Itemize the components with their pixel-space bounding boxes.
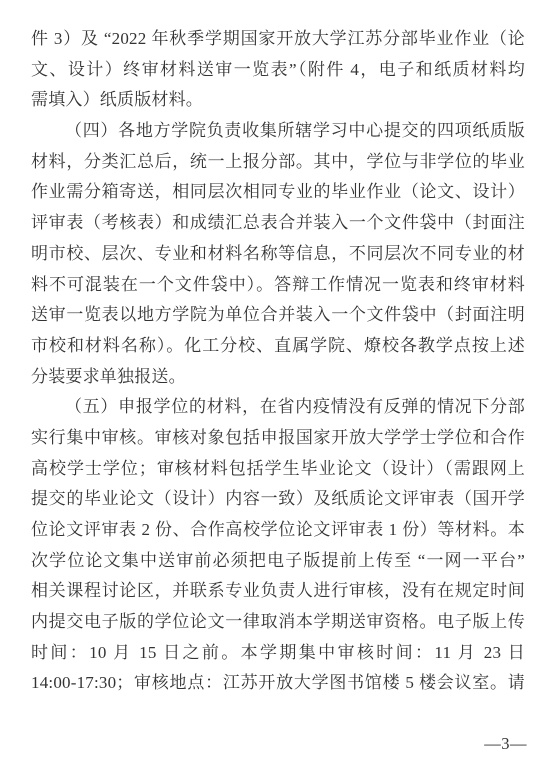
- text-line: 明市校、层次、专业和材料名称等信息，不同层次不同专业的材: [31, 239, 525, 270]
- text-line: 文、设计）终审材料送审一览表”（附件 4，电子和纸质材料均: [31, 55, 525, 86]
- text-line: 材料，分类汇总后，统一上报分部。其中，学位与非学位的毕业: [31, 147, 525, 178]
- text-line: 分装要求单独报送。: [31, 362, 525, 393]
- text-line-item-four-start: （四）各地方学院负责收集所辖学习中心提交的四项纸质版: [31, 116, 525, 147]
- page-number: —3—: [484, 734, 527, 754]
- text-line: 相关课程讨论区，并联系专业负责人进行审核，没有在规定时间: [31, 576, 525, 607]
- text-line: 作业需分箱寄送，相同层次相同专业的毕业作业（论文、设计）: [31, 177, 525, 208]
- text-line: 送审一览表以地方学院为单位合并装入一个文件袋中（封面注明: [31, 300, 525, 331]
- document-body: 件 3）及 “2022 年秋季学期国家开放大学江苏分部毕业作业（论 文、设计）终…: [31, 24, 525, 699]
- text-line: 内提交电子版的学位论文一律取消本学期送审资格。电子版上传: [31, 607, 525, 638]
- text-line: 件 3）及 “2022 年秋季学期国家开放大学江苏分部毕业作业（论: [31, 24, 525, 55]
- text-line: 位论文评审表 2 份、合作高校学位论文评审表 1 份）等材料。本: [31, 515, 525, 546]
- text-line: 高校学士学位；审核材料包括学生毕业论文（设计）（需跟网上: [31, 454, 525, 485]
- text-line: 14:00-17:30；审核地点：江苏开放大学图书馆楼 5 楼会议室。请: [31, 668, 525, 699]
- text-line: 提交的毕业论文（设计）内容一致）及纸质论文评审表（国开学: [31, 484, 525, 515]
- document-page: 件 3）及 “2022 年秋季学期国家开放大学江苏分部毕业作业（论 文、设计）终…: [0, 0, 555, 771]
- text-line: 时间：10 月 15 日之前。本学期集中审核时间：11 月 23 日: [31, 638, 525, 669]
- text-line: 料不可混装在一个文件袋中）。答辩工作情况一览表和终审材料: [31, 270, 525, 301]
- text-line: 评审表（考核表）和成绩汇总表合并装入一个文件袋中（封面注: [31, 208, 525, 239]
- text-line-item-five-start: （五）申报学位的材料，在省内疫情没有反弹的情况下分部: [31, 392, 525, 423]
- text-line: 实行集中审核。审核对象包括申报国家开放大学学士学位和合作: [31, 423, 525, 454]
- text-line: 次学位论文集中送审前必须把电子版提前上传至 “一网一平台”: [31, 546, 525, 577]
- text-line: 需填入）纸质版材料。: [31, 85, 525, 116]
- text-line: 市校和材料名称）。化工分校、直属学院、燎校各教学点按上述: [31, 331, 525, 362]
